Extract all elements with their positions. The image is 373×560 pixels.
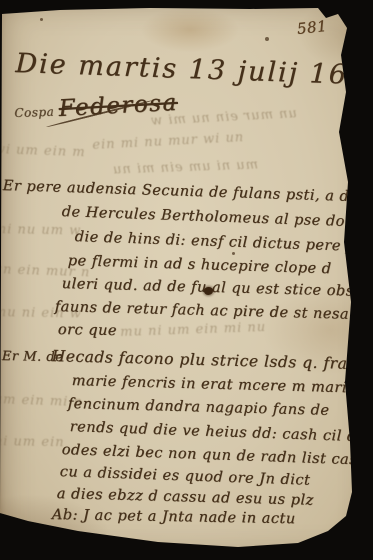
cancelled-note-prefix: Cospa (14, 105, 54, 120)
manuscript-line: fencinum dandra nagapio fans de (68, 396, 330, 419)
manuscript-line: marie fencris in erat mcere m marian (72, 373, 367, 397)
manuscript-line: cu a dissidei es quod ore Jn dict (59, 464, 310, 489)
manuscript-line: Er pere audensia Secunia de fulans psti,… (2, 178, 368, 205)
manuscript-line: pe flermi in ad s hucepire clope d (67, 253, 331, 277)
manuscript-page: 581 Die martis 13 julij 1632 Cospa Feder… (0, 0, 373, 560)
ink-speck (265, 37, 269, 41)
heading-date-underlined: 32 (347, 60, 373, 95)
manuscript-line: de Hercules Bertholomeus al pse dono vid… (61, 204, 373, 232)
manuscript-line: orc que (58, 322, 117, 339)
bleedthrough-line: mi nu um w (0, 222, 81, 239)
heading-date-main: Die martis 13 julij 16 (15, 48, 349, 91)
page-number: 581 (296, 17, 328, 38)
bleedthrough-line: mu ni um ein mi nu (120, 320, 266, 340)
bleedthrough-line: wi um ein m (0, 142, 86, 160)
manuscript-line: fauns de retur fach ac pire de st nesa. (55, 299, 355, 323)
heading-date: Die martis 13 julij 1632 (15, 48, 373, 92)
bleedthrough-line: ni um ein (0, 434, 65, 450)
manuscript-line: rends qud die ve heius dd: cash cil d (69, 419, 357, 445)
manuscript-line: Hecads facono plu strice lsds q. franc: (52, 347, 373, 373)
ink-speck (232, 252, 235, 255)
manuscript-line: die de hins di: ensf cil dictus pere fo (74, 229, 361, 255)
bleedthrough-line: mu ni um ein mi nu (112, 157, 258, 177)
manuscript-line: uleri qud. ad de fu al qu est stice obse… (62, 276, 371, 300)
manuscript-photo: 581 Die martis 13 julij 1632 Cospa Feder… (0, 0, 373, 560)
manuscript-line: Ab: J ac pet a Jnta nade in actu (52, 507, 296, 527)
bleedthrough-line: ein mi nu mur wi un (92, 130, 245, 153)
manuscript-line: a dies ebzz d cassu ad esu us plz (57, 486, 314, 509)
ink-speck (40, 18, 43, 21)
